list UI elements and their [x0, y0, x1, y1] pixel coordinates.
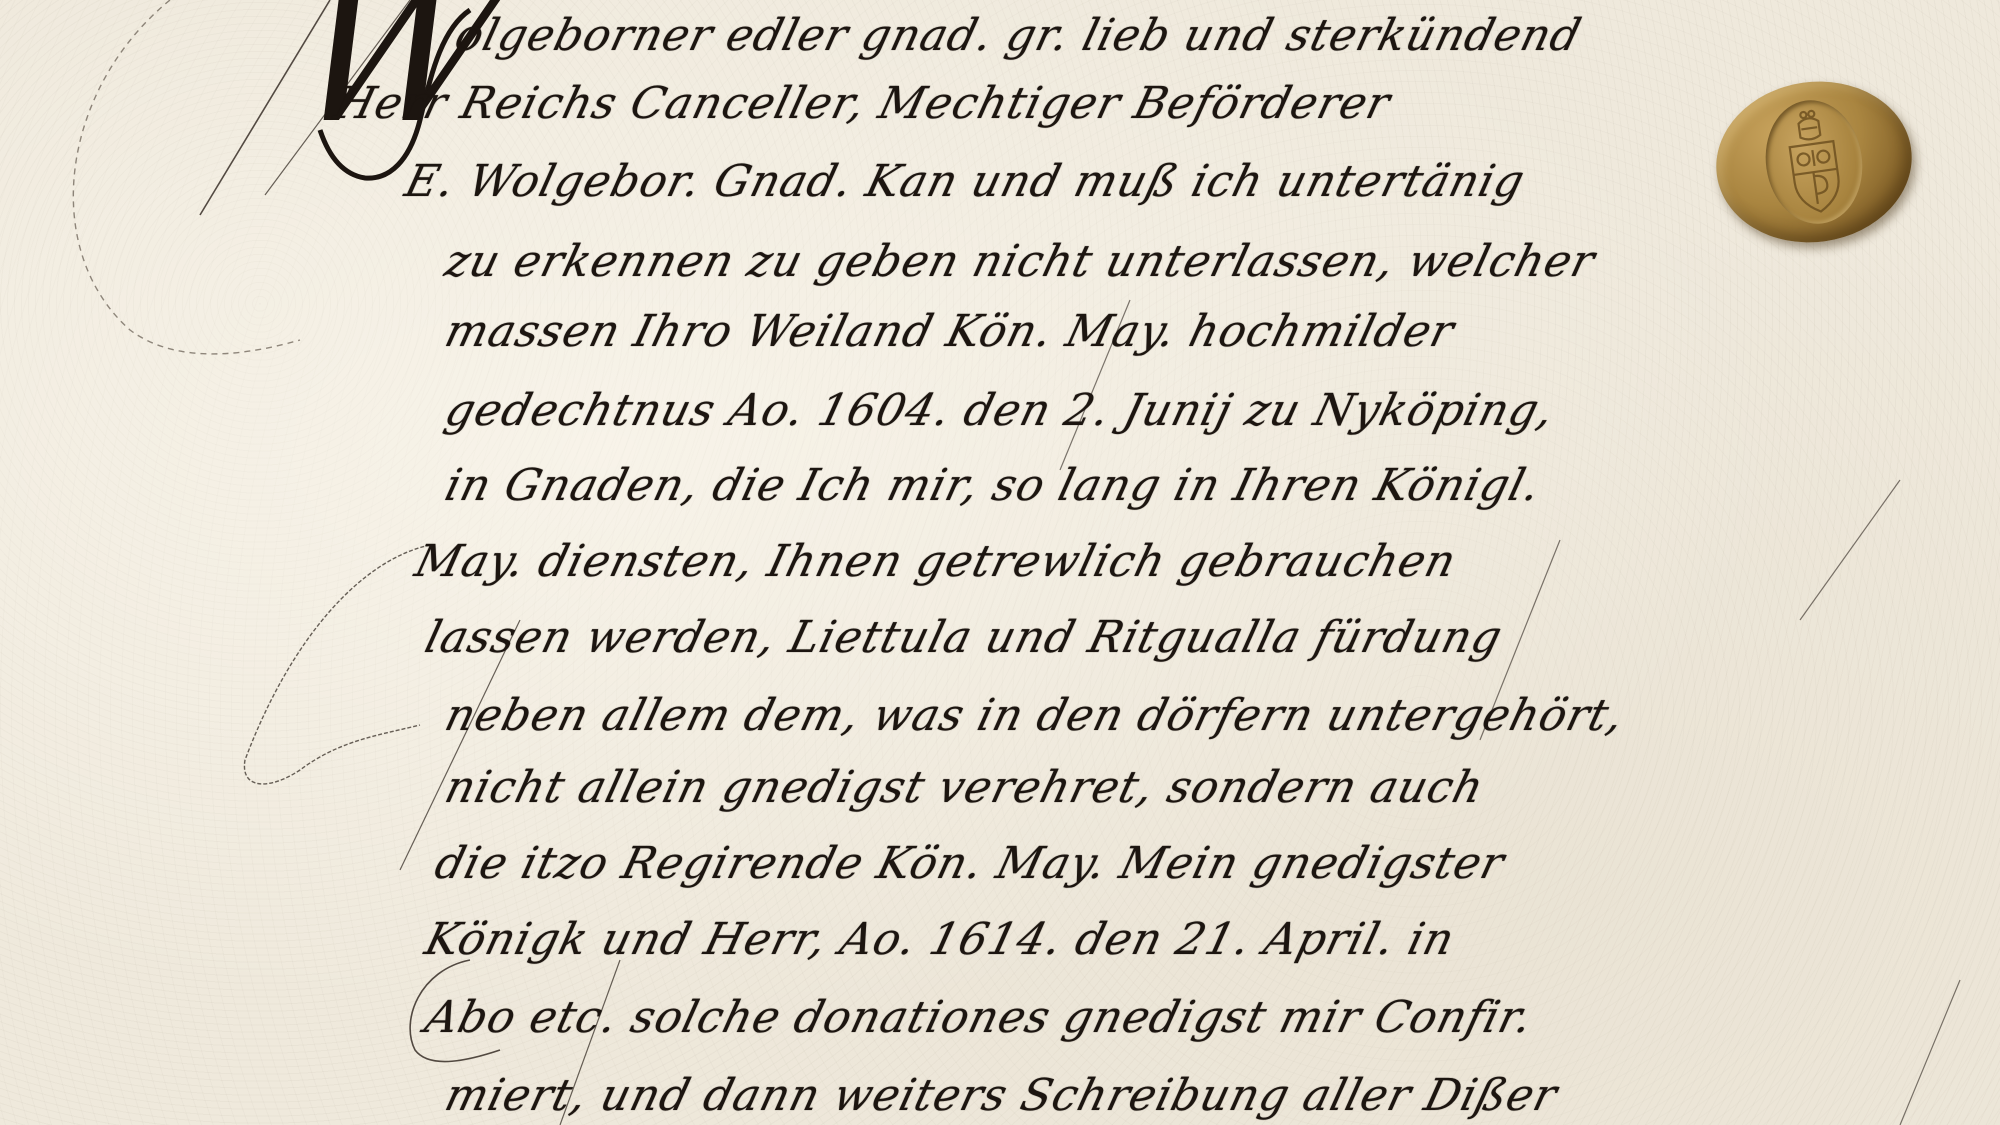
manuscript-line-7: in Gnaden, die Ich mir, so lang in Ihren…	[440, 460, 1546, 511]
manuscript-line-12: die itzo Regirende Kön. May. Mein gnedig…	[430, 838, 1510, 889]
manuscript-line-5: massen Ihro Weiland Kön. May. hochmilder	[440, 306, 1460, 357]
manuscript-line-2: Herr Reichs Canceller, Mechtiger Beförde…	[330, 78, 1396, 129]
manuscript-line-15: miert, und dann weiters Schreibung aller…	[440, 1070, 1563, 1121]
manuscript-line-14: Abo etc. solche donationes gnedigst mir …	[420, 992, 1538, 1043]
manuscript-line-9: lassen werden, Liettula und Ritgualla fü…	[420, 612, 1508, 663]
manuscript-line-8: May. diensten, Ihnen getrewlich gebrauch…	[410, 536, 1462, 587]
manuscript-line-10: neben allem dem, was in den dörfern unte…	[440, 690, 1630, 741]
manuscript-line-4: zu erkennen zu geben nicht unterlassen, …	[440, 236, 1600, 287]
manuscript-line-3: E. Wolgebor. Gnad. Kan und muß ich unter…	[400, 156, 1530, 207]
manuscript-line-1: olgeborner edler gnad. gr. lieb und ster…	[450, 10, 1587, 61]
manuscript-line-11: nicht allein gnedigst verehret, sondern …	[440, 762, 1489, 813]
manuscript-text-block: W olgeborner edler gnad. gr. lieb und st…	[0, 0, 2000, 1125]
seal-coat-of-arms-icon	[1758, 94, 1870, 230]
manuscript-line-13: Königk und Herr, Ao. 1614. den 21. April…	[420, 914, 1460, 965]
manuscript-line-6: gedechtnus Ao. 1604. den 2. Junij zu Nyk…	[440, 385, 1560, 436]
